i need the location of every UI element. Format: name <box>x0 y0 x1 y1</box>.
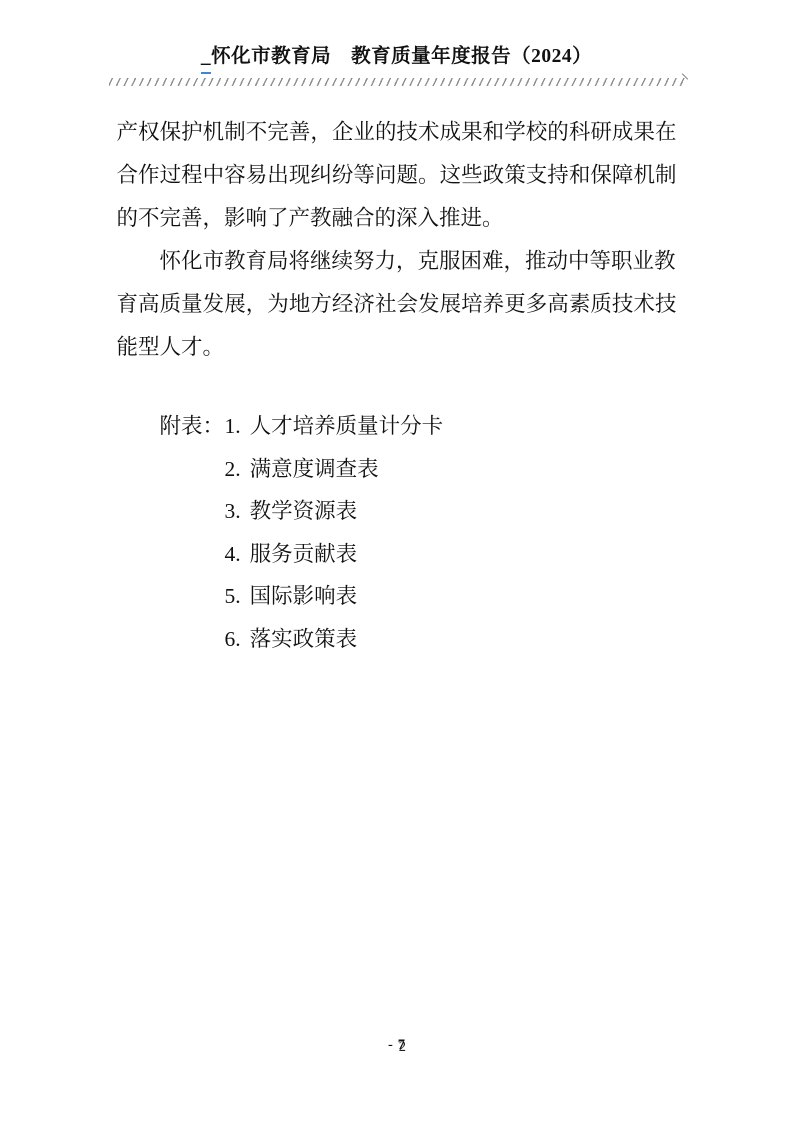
item-number: 1. <box>225 414 241 438</box>
list-item: 3.教学资源表 <box>160 490 677 533</box>
list-item: 4.服务贡献表 <box>160 533 677 576</box>
paragraph-line: 怀化市教育局将继续努力，克服困难，推动中等职业教 <box>117 240 677 283</box>
paragraph-line: 合作过程中容易出现纠纷等问题。这些政策支持和保障机制 <box>117 154 677 197</box>
list-item: 6.落实政策表 <box>160 618 677 661</box>
rule-end-tick <box>681 73 687 79</box>
paragraph-line: 产权保护机制不完善，企业的技术成果和学校的科研成果在 <box>117 111 677 154</box>
page-number: 27 <box>398 1036 405 1054</box>
paragraph-2: 怀化市教育局将继续努力，克服困难，推动中等职业教 育高质量发展，为地方经济社会发… <box>117 240 677 369</box>
header-underscore-prefix: _ <box>201 44 211 70</box>
appendix-item-5: 5.国际影响表 <box>225 575 358 618</box>
appendix-item-3: 3.教学资源表 <box>225 490 358 533</box>
list-item: 5.国际影响表 <box>160 575 677 618</box>
appendix-label: 附表： <box>160 405 225 448</box>
appendix-item-2: 2.满意度调查表 <box>225 448 379 491</box>
item-number: 3. <box>225 499 241 523</box>
list-item: 附表： 1.人才培养质量计分卡 <box>160 405 677 448</box>
page-footer: -27 <box>0 1036 793 1054</box>
item-text: 满意度调查表 <box>250 457 379 481</box>
paragraph-1: 产权保护机制不完善，企业的技术成果和学校的科研成果在 合作过程中容易出现纠纷等问… <box>117 111 677 240</box>
appendix-item-6: 6.落实政策表 <box>225 618 358 661</box>
item-number: 2. <box>225 457 241 481</box>
paragraph-line: 能型人才。 <box>117 326 677 369</box>
item-text: 人才培养质量计分卡 <box>250 414 444 438</box>
item-number: 5. <box>225 584 241 608</box>
item-text: 服务贡献表 <box>250 542 358 566</box>
document-page: _ 怀化市教育局 教育质量年度报告（2024） 产权保护机制不完善，企业的技术成… <box>0 0 793 1122</box>
paragraph-line: 育高质量发展，为地方经济社会发展培养更多高素质技术技 <box>117 283 677 326</box>
proofing-mark <box>201 72 211 75</box>
header-title: 怀化市教育局 教育质量年度报告（2024） <box>211 46 592 67</box>
appendix-item-4: 4.服务贡献表 <box>225 533 358 576</box>
body-text: 产权保护机制不完善，企业的技术成果和学校的科研成果在 合作过程中容易出现纠纷等问… <box>117 111 677 369</box>
item-text: 教学资源表 <box>250 499 358 523</box>
page-header: _ 怀化市教育局 教育质量年度报告（2024） <box>0 44 793 70</box>
paragraph-line: 的不完善，影响了产教融合的深入推进。 <box>117 197 677 240</box>
item-text: 国际影响表 <box>250 584 358 608</box>
appendix-list: 附表： 1.人才培养质量计分卡 2.满意度调查表 3.教学资源表 4.服务贡献表 <box>117 405 677 660</box>
item-text: 落实政策表 <box>250 627 358 651</box>
appendix-item-1: 1.人才培养质量计分卡 <box>225 405 444 448</box>
footer-dash: - <box>388 1037 393 1053</box>
page-number-top: 7 <box>398 1037 405 1053</box>
underscore-char: _ <box>201 46 211 67</box>
item-number: 6. <box>225 627 241 651</box>
list-item: 2.满意度调查表 <box>160 448 677 491</box>
item-number: 4. <box>225 542 241 566</box>
header-dotted-rule <box>109 78 685 86</box>
